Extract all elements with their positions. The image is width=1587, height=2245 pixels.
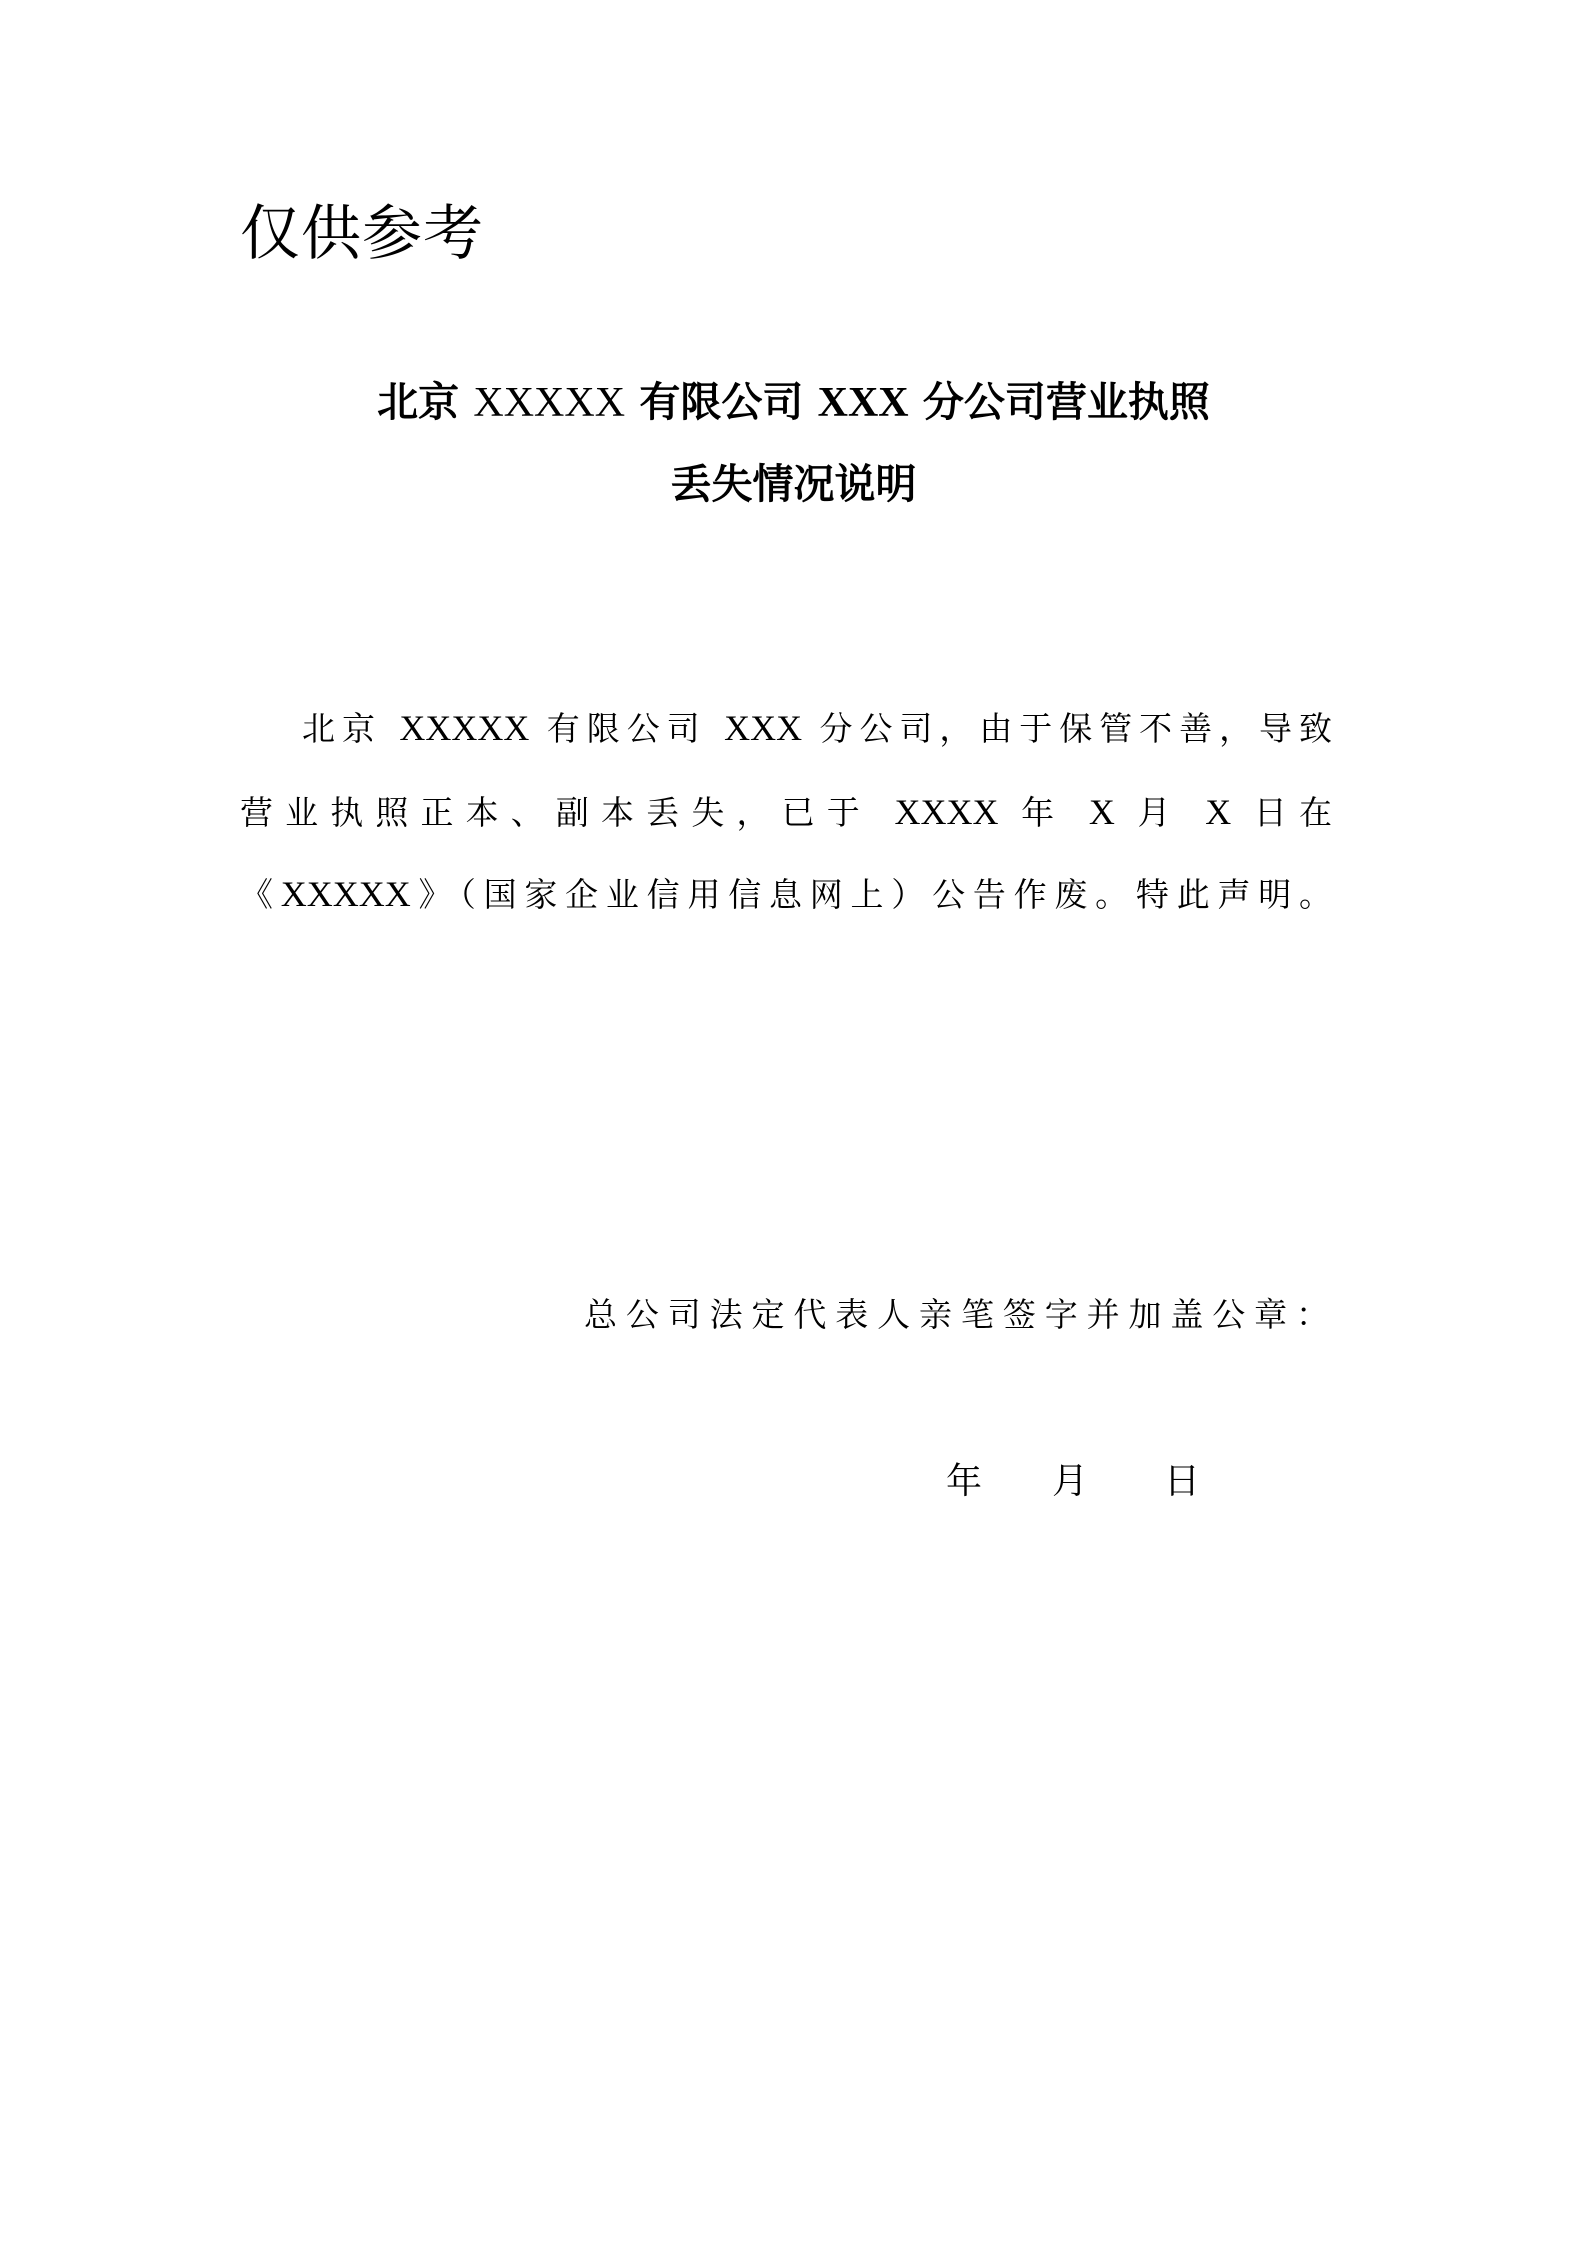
date-year-label: 年: [946, 1458, 982, 1506]
title-branch-placeholder: XXX: [818, 380, 909, 426]
statement-text: 有限公司: [529, 709, 724, 748]
date-line: 年 月 日: [0, 1458, 1587, 1506]
statement-text: 》（国家企业信用信息网上）公告作废。特此声明。: [411, 875, 1332, 914]
signature-label: 总公司法定代表人亲笔签字并加盖公章：: [584, 1293, 1329, 1337]
branch-placeholder: XXX: [724, 708, 802, 748]
statement-line-3: 《XXXXX》（国家企业信用信息网上）公告作废。特此声明。: [240, 872, 1332, 916]
document-title-line-1: 北京 XXXXX 有限公司 XXX 分公司营业执照: [0, 376, 1587, 429]
day-placeholder: X: [1205, 792, 1231, 832]
month-placeholder: X: [1089, 792, 1115, 832]
statement-text: 年: [998, 793, 1088, 832]
title-suffix: 分公司营业执照: [923, 378, 1210, 426]
statement-text: 北京: [302, 709, 399, 748]
title-company-placeholder: XXXXX: [473, 380, 625, 426]
document-page: 仅供参考 北京 XXXXX 有限公司 XXX 分公司营业执照 丢失情况说明 北京…: [0, 0, 1587, 2245]
document-title-line-2: 丢失情况说明: [0, 458, 1587, 510]
statement-text: 营业执照正本、副本丢失，已于: [240, 793, 894, 832]
statement-text: 分公司，由于保管不善，导致: [802, 709, 1332, 748]
reference-only-note: 仅供参考: [240, 196, 484, 272]
date-month-label: 月: [1052, 1458, 1088, 1506]
year-placeholder: XXXX: [894, 792, 998, 832]
statement-line-2: 营业执照正本、副本丢失，已于 XXXX 年 X 月 X 日在: [240, 790, 1332, 834]
statement-text: 日在: [1231, 793, 1332, 832]
statement-line-1: 北京 XXXXX 有限公司 XXX 分公司，由于保管不善，导致: [302, 706, 1332, 750]
statement-text: 月: [1115, 793, 1205, 832]
company-placeholder: XXXXX: [399, 708, 529, 748]
publication-placeholder: XXXXX: [281, 874, 411, 914]
statement-text: 《: [240, 875, 281, 914]
title-company-type: 有限公司: [639, 378, 803, 426]
date-day-label: 日: [1164, 1458, 1200, 1506]
title-city: 北京: [377, 378, 459, 426]
